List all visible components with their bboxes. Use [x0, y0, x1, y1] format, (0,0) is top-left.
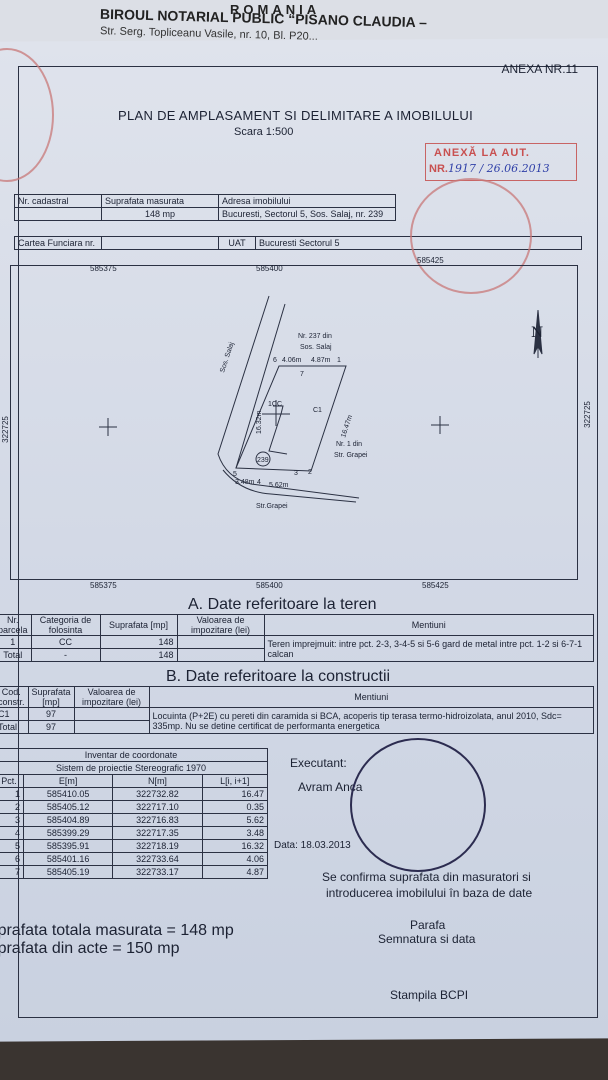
label-neighbor-right-2: Str. Grapei [334, 452, 368, 459]
x-tick-top-3: 585425 [417, 256, 444, 265]
x-tick-top-2: 585400 [256, 264, 283, 273]
x-tick-bottom-3: 585425 [422, 581, 449, 590]
value-nr-cadastral [15, 208, 102, 221]
section-a-title: A. Date referitoare la teren [188, 596, 377, 614]
header-adresa: Adresa imobilului [219, 195, 396, 208]
table-row: 4585399.29322717.353.48 [0, 827, 268, 840]
label-len-4-06: 4.06m [282, 357, 302, 364]
label-neighbor-top-2: Sos. Salaj [300, 344, 332, 351]
label-len-5-62: 5.62m [269, 482, 289, 489]
label-point-2: 2 [308, 469, 312, 476]
label-len-4-87: 4.87m [311, 357, 331, 364]
construction-data-table: Cod. constr. Suprafata [mp] Valoarea de … [0, 686, 594, 734]
north-label: N [531, 325, 543, 341]
label-len-3-48: 3.48m [235, 479, 255, 486]
site-plan: Sos. Salaj Nr. 237 din Sos. Salaj 6 4.06… [10, 265, 578, 580]
annex-number: ANEXA NR.11 [502, 62, 578, 76]
land-registry-value [102, 237, 219, 250]
coordinates-system: Sistem de proiectie Stereografic 1970 [0, 762, 268, 775]
land-data-table: Nr. parcela Categoria de folosinta Supra… [0, 614, 594, 662]
bcpi-confirm-line-2: introducerea imobilului în baza de date [326, 886, 532, 900]
site-plan-drawing: Sos. Salaj Nr. 237 din Sos. Salaj 6 4.06… [11, 266, 577, 579]
bcpi-parafa: Parafa [410, 918, 445, 932]
y-tick-right: 322725 [583, 401, 592, 428]
bcpi-signature: Semnatura si data [378, 932, 475, 946]
land-mentions: Teren imprejmuit: intre pct. 2-3, 3-4-5 … [264, 636, 593, 662]
annex-stamp-number: NR.1917 / 26.06.2013 [429, 162, 550, 175]
x-tick-bottom-2: 585400 [256, 581, 283, 590]
bcpi-confirm-line-1: Se confirma suprafata din masuratori si [322, 870, 531, 884]
construction-mentions: Locuinta (P+2E) cu pereti din caramida s… [149, 708, 593, 734]
document-title: PLAN DE AMPLASAMENT SI DELIMITARE A IMOB… [118, 108, 473, 123]
label-building-c1: C1 [313, 407, 322, 414]
section-b-title: B. Date referitoare la constructii [166, 668, 390, 686]
label-category: 1CC [268, 401, 282, 408]
value-suprafata: 148 mp [102, 208, 219, 221]
value-adresa: Bucuresti, Sectorul 5, Sos. Salaj, nr. 2… [219, 208, 396, 221]
executant-date: Data: 18.03.2013 [274, 840, 351, 851]
label-point-7: 7 [300, 371, 304, 378]
label-parcel-number: 239 [257, 457, 269, 464]
label-point-3: 3 [294, 470, 298, 477]
table-row: 3585404.89322716.835.62 [0, 814, 268, 827]
executant-label: Executant: [290, 756, 347, 770]
coordinates-table: Inventar de coordonate Sistem de proiect… [0, 748, 268, 879]
label-len-16-32: 16.32m [256, 410, 263, 434]
table-row: C1 97 Locuinta (P+2E) cu pereti din cara… [0, 708, 594, 721]
x-tick-top-1: 585375 [90, 264, 117, 273]
label-point-1: 1 [337, 357, 341, 364]
x-tick-bottom-1: 585375 [90, 581, 117, 590]
label-point-4: 4 [257, 479, 261, 486]
bcpi-stamp: Stampila BCPI [390, 988, 468, 1002]
table-row: 7585405.19322733.174.87 [0, 866, 268, 879]
annex-stamp-title: ANEXĂ LA AUT. [434, 147, 530, 159]
table-row: 5585395.91322718.1916.32 [0, 840, 268, 853]
label-road-grapei: Str.Grapei [256, 503, 288, 510]
land-registry-label: Cartea Funciara nr. [15, 237, 102, 250]
y-tick-left: 322725 [1, 416, 10, 443]
label-len-16-47: 16.47m [340, 414, 354, 439]
area-from-acts: Suprafata din acte = 150 mp [0, 940, 179, 958]
coordinates-title: Inventar de coordonate [0, 749, 268, 762]
total-measured-area: Suprafata totala masurata = 148 mp [0, 922, 234, 940]
label-point-6: 6 [273, 357, 277, 364]
label-point-5: 5 [233, 471, 237, 478]
table-row: 1 CC 148 Teren imprejmuit: intre pct. 2-… [0, 636, 594, 649]
document-scale: Scara 1:500 [234, 126, 293, 138]
label-neighbor-right: Nr. 1 din [336, 441, 362, 448]
table-row: 2585405.12322717.100.35 [0, 801, 268, 814]
table-row: 1585410.05322732.8216.47 [0, 788, 268, 801]
header-nr-cadastral: Nr. cadastral [15, 195, 102, 208]
table-row: 6585401.16322733.644.06 [0, 853, 268, 866]
authorization-seal-icon [350, 738, 486, 872]
header-suprafata: Suprafata masurata [102, 195, 219, 208]
annex-stamp: ANEXĂ LA AUT. NR.1917 / 26.06.2013 [425, 143, 577, 181]
uat-label: UAT [219, 237, 256, 250]
label-road-salaj: Sos. Salaj [219, 341, 236, 374]
label-neighbor-top: Nr. 237 din [298, 333, 332, 340]
